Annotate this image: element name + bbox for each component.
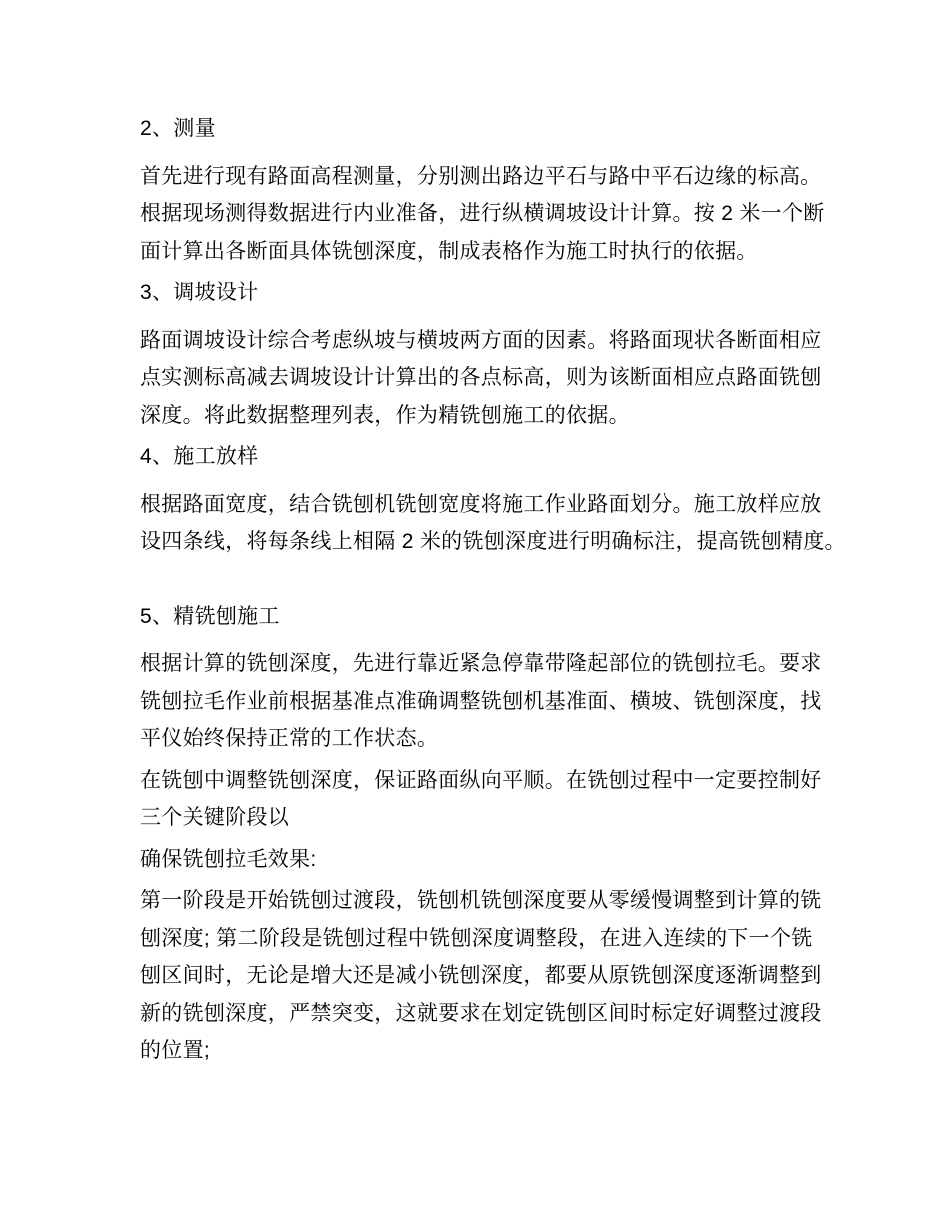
document-page: 2、测量 首先进行现有路面高程测量，分别测出路边平石与路中平石边缘的标高。 根据… xyxy=(140,110,865,1074)
heading-4-construction-layout: 4、施工放样 xyxy=(140,438,865,476)
paragraph-fine-milling-preparation: 根据计算的铣刨深度，先进行靠近紧急停靠带隆起部位的铣刨拉毛。要求 铣刨拉毛作业前… xyxy=(140,645,865,758)
paragraph-slope-adjustment-design: 路面调坡设计综合考虑纵坡与横坡两方面的因素。将路面现状各断面相应 点实测标高减去… xyxy=(140,322,865,435)
paragraph-ensure-milling-effect: 确保铣刨拉毛效果: xyxy=(140,841,865,879)
paragraph-construction-layout: 根据路面宽度，结合铣刨机铣刨宽度将施工作业路面划分。施工放样应放 设四条线，将每… xyxy=(140,486,865,561)
heading-5-fine-milling-construction: 5、精铣刨施工 xyxy=(140,598,865,636)
paragraph-milling-depth-adjustment: 在铣刨中调整铣刨深度，保证路面纵向平顺。在铣刨过程中一定要控制好 三个关键阶段以 xyxy=(140,762,865,837)
heading-2-measurement: 2、测量 xyxy=(140,110,865,148)
paragraph-measurement: 首先进行现有路面高程测量，分别测出路边平石与路中平石边缘的标高。 根据现场测得数… xyxy=(140,158,865,271)
heading-3-slope-adjustment-design: 3、调坡设计 xyxy=(140,274,865,312)
paragraph-milling-stages: 第一阶段是开始铣刨过渡段，铣刨机铣刨深度要从零缓慢调整到计算的铣 刨深度; 第二… xyxy=(140,882,865,1070)
